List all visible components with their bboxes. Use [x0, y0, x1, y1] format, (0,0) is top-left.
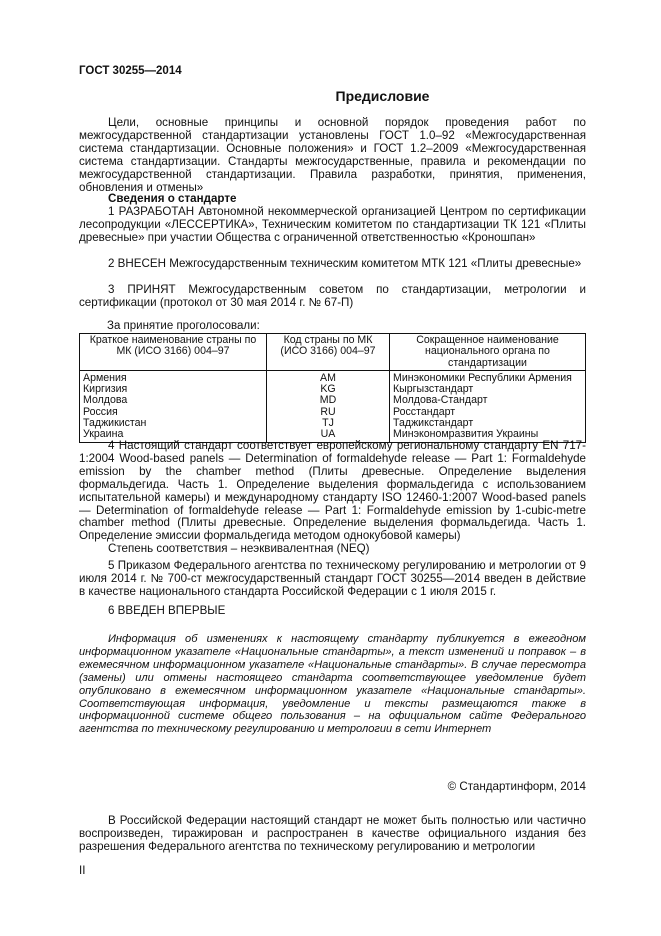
vote-table: Краткое наименование страны по МК (ИСО 3…: [79, 333, 586, 443]
item-first-introduced-block: 6 ВВЕДЕН ВПЕРВЫЕ: [79, 605, 586, 618]
standards-body: Минэкономики Республики Армения: [390, 370, 586, 384]
rights-notice-block: В Российской Федерации настоящий стандар…: [79, 815, 586, 854]
vote-caption: За принятие проголосовали:: [107, 320, 260, 332]
section-heading: Сведения о стандарте: [79, 193, 586, 206]
amendments-notice-block: Информация об изменениях к настоящему ст…: [79, 633, 586, 736]
copyright: © Стандартинформ, 2014: [448, 780, 586, 793]
standard-code-header: ГОСТ 30255—2014: [79, 65, 182, 77]
intro-text: Цели, основные принципы и основной поряд…: [79, 117, 586, 194]
item-introduced: 2 ВНЕСЕН Межгосударственным техническим …: [79, 258, 586, 271]
standard-info-section: Сведения о стандарте 1 РАЗРАБОТАН Автоно…: [79, 193, 586, 245]
item-developed: 1 РАЗРАБОТАН Автономной некоммерческой о…: [79, 206, 586, 245]
conformity-degree: Степень соответствия – неэквивалентная (…: [79, 543, 586, 556]
document-page: ГОСТ 30255—2014 Предисловие Цели, основн…: [0, 0, 661, 936]
page-title: Предисловие: [336, 88, 430, 104]
item-conformity-block: 4 Настоящий стандарт соответствует европ…: [79, 440, 586, 556]
country-name: Армения: [80, 370, 267, 384]
vote-table-header: Краткое наименование страны по МК (ИСО 3…: [80, 334, 586, 371]
rights-notice: В Российской Федерации настоящий стандар…: [79, 815, 586, 854]
intro-paragraph: Цели, основные принципы и основной поряд…: [79, 117, 586, 194]
item-first-introduced: 6 ВВЕДЕН ВПЕРВЫЕ: [79, 605, 586, 618]
item-adopted-block: 3 ПРИНЯТ Межгосударственным советом по с…: [79, 284, 586, 310]
item-enacted: 5 Приказом Федерального агентства по тех…: [79, 560, 586, 599]
item-enacted-block: 5 Приказом Федерального агентства по тех…: [79, 560, 586, 599]
header-country-name: Краткое наименование страны по МК (ИСО 3…: [80, 334, 267, 371]
country-code: AM: [267, 370, 390, 384]
item-introduced-block: 2 ВНЕСЕН Межгосударственным техническим …: [79, 258, 586, 271]
header-country-code: Код страны по МК (ИСО 3166) 004–97: [267, 334, 390, 371]
item-conformity: 4 Настоящий стандарт соответствует европ…: [79, 440, 586, 543]
page-number: II: [79, 864, 85, 877]
header-standards-body: Сокращенное наименование национального о…: [390, 334, 586, 371]
table-row: Армения AM Минэкономики Республики Армен…: [80, 370, 586, 384]
item-adopted: 3 ПРИНЯТ Межгосударственным советом по с…: [79, 284, 586, 310]
amendments-notice: Информация об изменениях к настоящему ст…: [79, 633, 586, 736]
